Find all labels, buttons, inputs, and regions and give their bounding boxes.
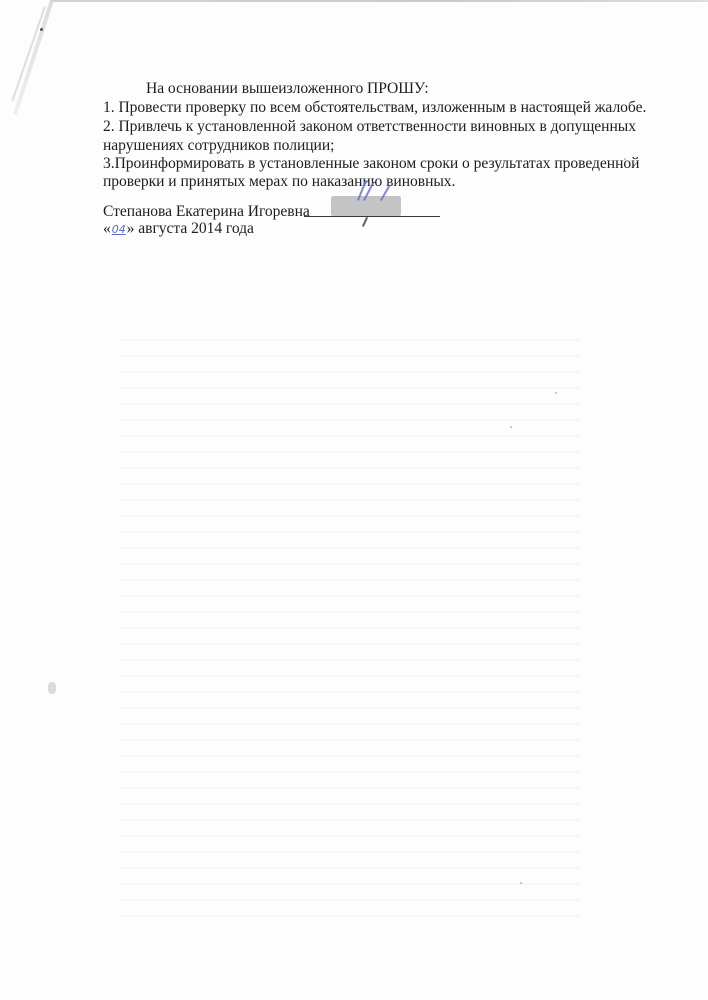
scan-fold-artifact (11, 6, 45, 101)
request-item-3-continued: проверки и принятых мерах по наказанию в… (103, 173, 455, 191)
date-open-quote: « (103, 220, 111, 237)
request-item-1: 1. Провести проверку по всем обстоятельс… (103, 99, 646, 117)
request-intro: На основании вышеизложенного ПРОШУ: (146, 80, 429, 98)
scan-speck (555, 392, 557, 394)
redacted-signature (331, 196, 401, 216)
signer-name: Степанова Екатерина Игоревна (103, 203, 310, 221)
scan-speck (520, 882, 522, 884)
scan-smudge (48, 682, 56, 694)
date-day-handwritten: 04 (111, 223, 127, 236)
signature-stroke (362, 217, 368, 227)
scan-speck (510, 426, 512, 428)
request-item-3: 3.Проинформировать в установленные закон… (103, 155, 639, 173)
request-item-2: 2. Привлечь к установленной законом отве… (103, 118, 636, 136)
request-item-2-continued: нарушениях сотрудников полиции; (103, 137, 334, 155)
date-month-year: августа 2014 года (134, 220, 254, 237)
scan-speck (40, 28, 43, 31)
scan-fold-artifact (13, 0, 54, 115)
scan-edge-artifact (50, 0, 708, 2)
bleed-through-text (120, 330, 580, 930)
date-line: «04» августа 2014 года (103, 220, 254, 239)
scanned-document-page: На основании вышеизложенного ПРОШУ: 1. П… (0, 0, 708, 1000)
signature-line (304, 216, 440, 217)
